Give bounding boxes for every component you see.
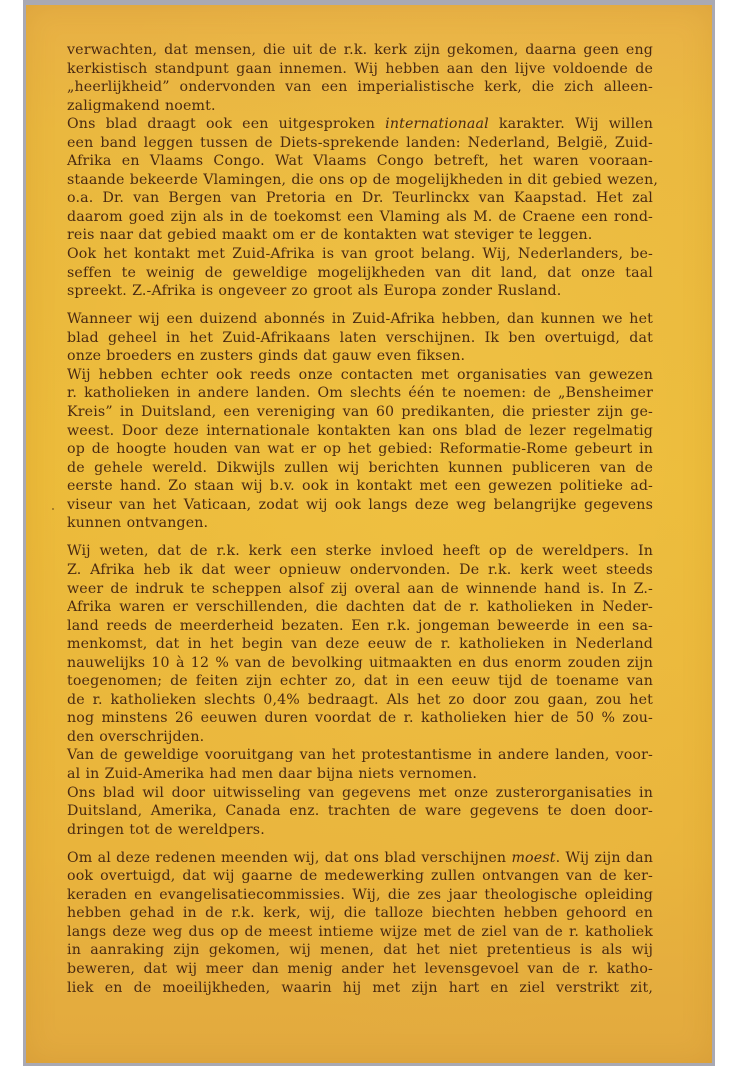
text-line: op de hoogte houden van wat er op het ge… (67, 440, 653, 459)
text-line: r. katholieken in andere landen. Om slec… (67, 384, 653, 403)
paragraph: Om al deze redenen meenden wij, dat ons … (67, 849, 653, 997)
paragraph: Wij weten, dat de r.k. kerk een sterke i… (67, 542, 653, 746)
text-line: beweren, dat wij meer dan menig ander he… (67, 960, 653, 979)
text-line: Wanneer wij een duizend abonnés in Zuid-… (67, 310, 653, 329)
text-line: reis naar dat gebied maakt om er de kont… (67, 226, 653, 245)
body-text: verwachten, dat mensen, die uit de r.k. … (67, 41, 653, 997)
text-line: Afrika en Vlaams Congo. Wat Vlaams Congo… (67, 152, 653, 171)
text-line: ook overtuigd, dat wij gaarne de medewer… (67, 867, 653, 886)
text-line: in aanraking zijn gekomen, wij menen, da… (67, 941, 653, 960)
text-line: den overschrijden. (67, 728, 653, 747)
text-line: kerkistisch standpunt gaan innemen. Wij … (67, 60, 653, 79)
text-line: Ons blad wil door uitwisseling van gegev… (67, 784, 653, 803)
text-line: liek en de moeilijkheden, waarin hij met… (67, 979, 653, 998)
paragraph-gap (67, 533, 653, 543)
text-line: nog minstens 26 eeuwen duren voordat de … (67, 709, 653, 728)
paragraph-gap (67, 301, 653, 311)
paragraph: verwachten, dat mensen, die uit de r.k. … (67, 41, 653, 115)
text-line: Wij weten, dat de r.k. kerk een sterke i… (67, 542, 653, 561)
paper-speck (52, 508, 54, 510)
paragraph: Ons blad wil door uitwisseling van gegev… (67, 784, 653, 840)
text-line: spreekt. Z.-Afrika is ongeveer zo groot … (67, 282, 653, 301)
text-line: daarom goed zijn als in de toekomst een … (67, 208, 653, 227)
text-line: Ons blad draagt ook een uitgesproken int… (67, 115, 653, 134)
text-line: seffen te weinig de geweldige mogelijkhe… (67, 264, 653, 283)
text-line: een band leggen tussen de Diets-sprekend… (67, 134, 653, 153)
text-line: blad geheel in het Zuid-Afrikaans laten … (67, 329, 653, 348)
text-line: Afrika waren er verschillenden, die dach… (67, 598, 653, 617)
text-line: Duitsland, Amerika, Canada enz. trachten… (67, 802, 653, 821)
text-line: weer de indruk te scheppen alsof zij ove… (67, 580, 653, 599)
text-line: Om al deze redenen meenden wij, dat ons … (67, 849, 653, 868)
text-line: „heerlijkheid” ondervonden van een imper… (67, 78, 653, 97)
text-line: de gehele wereld. Dikwijls zullen wij be… (67, 459, 653, 478)
paragraph: Ook het kontakt met Zuid-Afrika is van g… (67, 245, 653, 301)
text-line: langs deze weg dus op de meest intieme w… (67, 923, 653, 942)
text-line: Ook het kontakt met Zuid-Afrika is van g… (67, 245, 653, 264)
text-line: de r. katholieken slechts 0,4% bedraagt.… (67, 691, 653, 710)
emphasis: internationaal (385, 116, 489, 132)
paragraph: Wij hebben echter ook reeds onze contact… (67, 366, 653, 533)
emphasis: moest (511, 850, 555, 866)
text-line: menkomst, dat in het begin van deze eeuw… (67, 635, 653, 654)
text-line: eerste hand. Zo staan wij b.v. ook in ko… (67, 477, 653, 496)
text-line: o.a. Dr. van Bergen van Pretoria en Dr. … (67, 189, 653, 208)
text-line: keraden en evangelisatiecommissies. Wij,… (67, 886, 653, 905)
paragraph: Ons blad draagt ook een uitgesproken int… (67, 115, 653, 245)
text-line: Van de geweldige vooruitgang van het pro… (67, 746, 653, 765)
text-line: dringen tot de wereldpers. (67, 821, 653, 840)
text-line: viseur van het Vaticaan, zodat wij ook l… (67, 496, 653, 515)
text-line: al in Zuid-Amerika had men daar bijna ni… (67, 765, 653, 784)
text-line: Z. Afrika heb ik dat weer opnieuw onderv… (67, 561, 653, 580)
paragraph-gap (67, 839, 653, 849)
text-line: Kreis” in Duitsland, een vereniging van … (67, 403, 653, 422)
text-line: staande bekeerde Vlamingen, die ons op d… (67, 171, 653, 190)
text-line: nauwelijks 10 à 12 % van de bevolking ui… (67, 654, 653, 673)
paragraph: Wanneer wij een duizend abonnés in Zuid-… (67, 310, 653, 366)
text-line: onze broeders en zusters ginds dat gauw … (67, 347, 653, 366)
text-line: verwachten, dat mensen, die uit de r.k. … (67, 41, 653, 60)
text-line: toegenomen; de feiten zijn echter zo, da… (67, 672, 653, 691)
text-line: Wij hebben echter ook reeds onze contact… (67, 366, 653, 385)
text-line: weest. Door deze internationale kontakte… (67, 422, 653, 441)
text-line: kunnen ontvangen. (67, 514, 653, 533)
text-line: zaligmakend noemt. (67, 97, 653, 116)
paragraph: Van de geweldige vooruitgang van het pro… (67, 746, 653, 783)
text-line: land reeds de meerderheid bezaten. Een r… (67, 617, 653, 636)
text-line: hebben gehad in de r.k. kerk, wij, die t… (67, 904, 653, 923)
scanned-page: verwachten, dat mensen, die uit de r.k. … (26, 5, 712, 1063)
